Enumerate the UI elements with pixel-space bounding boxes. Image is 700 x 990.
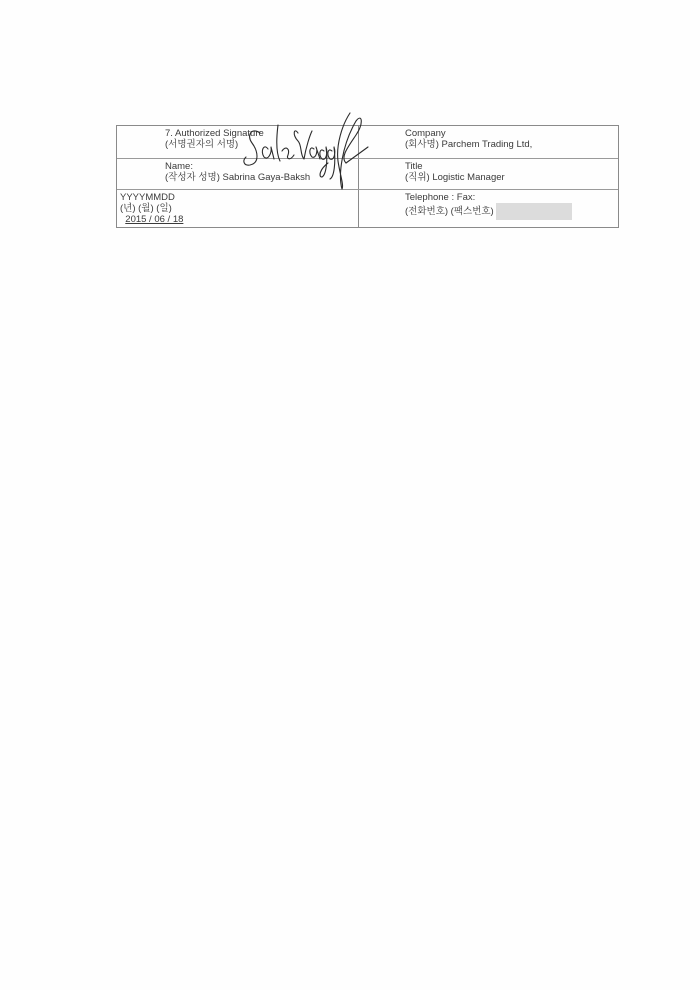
- company-value: Parchem Trading Ltd,: [442, 139, 533, 150]
- contact-label-ko: (전화번호) (팩스번호): [405, 206, 494, 217]
- contact-cell: Telephone : Fax: (전화번호) (팩스번호): [405, 192, 572, 220]
- row-divider: [358, 189, 618, 190]
- title-value: Logistic Manager: [432, 172, 504, 183]
- contact-label: Telephone : Fax:: [405, 192, 572, 203]
- row-divider: [358, 158, 618, 159]
- title-cell: Title (직위) Logistic Manager: [405, 161, 505, 183]
- handwritten-signature: [238, 105, 373, 190]
- document-page: 7. Authorized Signature (서명권자의 서명) Name:…: [0, 0, 700, 990]
- date-format-label: YYYYMMDD: [120, 192, 183, 203]
- redacted-fax-number: [496, 203, 572, 220]
- title-label: Title: [405, 161, 505, 172]
- date-label-ko: (년) (월) (일): [120, 203, 183, 214]
- name-label-ko: (작성자 성명): [165, 172, 220, 183]
- date-value: 2015 / 06 / 18: [125, 214, 183, 225]
- date-cell: YYYYMMDD (년) (월) (일) 2015 / 06 / 18: [120, 192, 183, 225]
- company-label: Company: [405, 128, 532, 139]
- company-label-ko: (회사명): [405, 139, 439, 150]
- company-cell: Company (회사명) Parchem Trading Ltd,: [405, 128, 532, 150]
- title-label-ko: (직위): [405, 172, 430, 183]
